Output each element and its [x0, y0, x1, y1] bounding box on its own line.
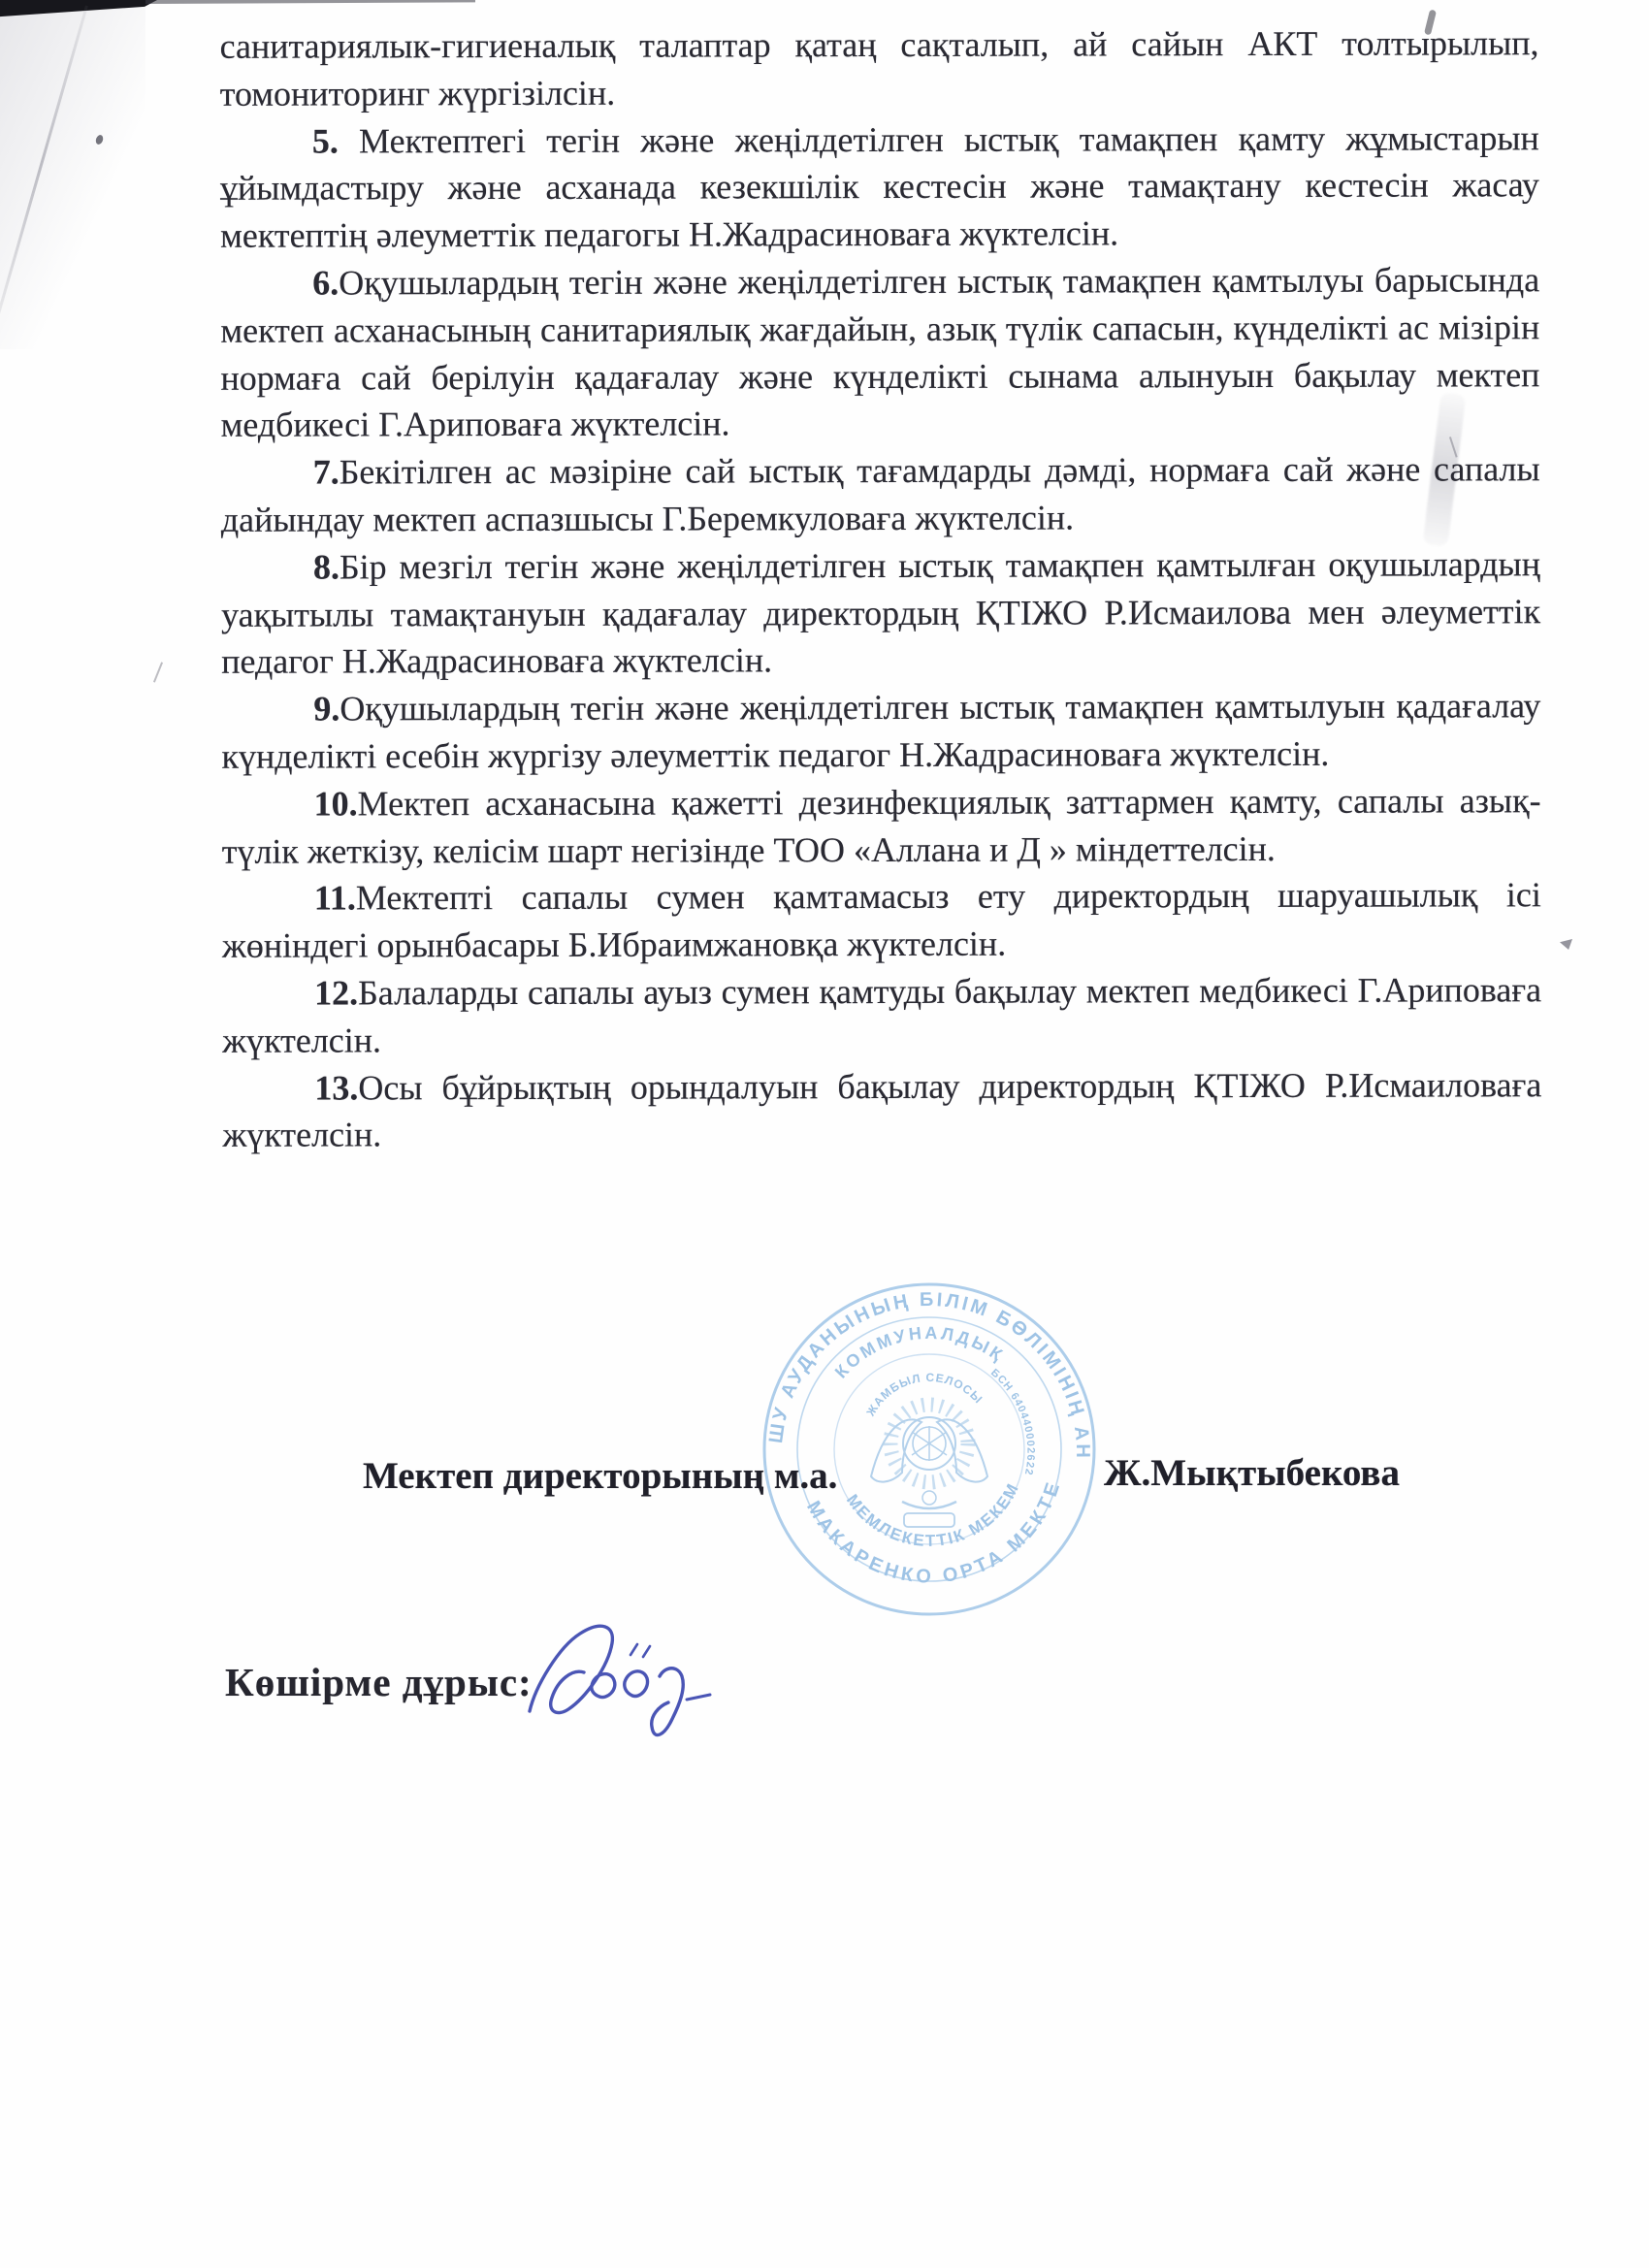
- pen-stroke: [530, 1626, 710, 1734]
- paragraph-text: Оқушылардың тегін және жеңілдетілген ыст…: [221, 686, 1540, 775]
- paragraph: 12.Балаларды сапалы ауыз сумен қамтуды б…: [222, 966, 1541, 1064]
- paragraph-number: 13.: [314, 1068, 358, 1107]
- kazakhstan-emblem: [871, 1405, 987, 1527]
- paragraph: 11.Мектепті сапалы сумен қамтамасыз ету …: [222, 872, 1541, 970]
- paragraph: 10.Мектеп асханасына қажетті дезинфекция…: [222, 777, 1541, 875]
- paragraph: 8.Бір мезгіл тегін және жеңілдетілген ыс…: [221, 540, 1540, 686]
- paragraph-text: Мектептегі тегін және жеңілдетілген ысты…: [220, 118, 1539, 255]
- paragraph: санитариялык-гигиеналық талаптар қатаң с…: [219, 19, 1538, 117]
- scan-speck: [1560, 939, 1572, 950]
- paragraph-text: санитариялык-гигиеналық талаптар қатаң с…: [219, 23, 1538, 113]
- paragraph-text: Мектеп асханасына қажетті дезинфекциялық…: [222, 781, 1541, 870]
- handwritten-signature: [514, 1593, 737, 1777]
- paragraph-number: 12.: [314, 973, 358, 1012]
- paragraph-number: 8.: [313, 547, 339, 586]
- director-name: Ж.Мықтыбекова: [1104, 1451, 1400, 1495]
- paragraph-number: 7.: [313, 453, 339, 492]
- paragraph: 9.Оқушылардың тегін және жеңілдетілген ы…: [221, 682, 1540, 780]
- official-stamp: ШУ АУДАНЫНЫҢ БІЛІМ БӨЛІМІНІҢ АНТОН СЕМЕН…: [757, 1277, 1102, 1622]
- stamp-text-bin-code: БСН 640440002622: [988, 1367, 1036, 1476]
- scan-speck: [153, 662, 163, 682]
- scan-edge-thin-line: [145, 0, 475, 4]
- scanned-document-page: санитариялык-гигиеналық талаптар қатаң с…: [0, 0, 1649, 2268]
- paragraph-text: Бекітілген ас мәзіріне сай ыстық тағамда…: [221, 449, 1540, 538]
- director-role-label: Мектеп директорының м.а.: [363, 1454, 837, 1498]
- paragraph-number: 9.: [313, 690, 339, 729]
- stamp-ring-text-outer-top: ШУ АУДАНЫНЫҢ БІЛІМ БӨЛІМІНІҢ АНТОН СЕМЕН…: [757, 1277, 1093, 1461]
- paragraph-number: 5.: [312, 121, 339, 160]
- paragraph-number: 10.: [314, 784, 358, 823]
- paragraph-text: Оқушылардың тегін және жеңілдетілген ыст…: [220, 260, 1539, 444]
- paragraph: 7.Бекітілген ас мәзіріне сай ыстық тағам…: [221, 445, 1540, 543]
- paragraph-text: Осы бұйрықтың орындалуын бақылау директо…: [222, 1065, 1541, 1154]
- paragraph-text: Мектепті сапалы сумен қамтамасыз ету дир…: [222, 876, 1541, 965]
- paragraph-number: 11.: [314, 879, 356, 918]
- paragraph-text: Балаларды сапалы ауыз сумен қамтуды бақы…: [222, 970, 1541, 1059]
- document-body: санитариялык-гигиеналық талаптар қатаң с…: [219, 19, 1541, 1159]
- paragraph-number: 6.: [312, 263, 339, 302]
- paragraph: 13.Осы бұйрықтың орындалуын бақылау дире…: [222, 1061, 1541, 1159]
- paragraph-text: Бір мезгіл тегін және жеңілдетілген ысты…: [221, 544, 1540, 681]
- copy-certification-label: Көшірме дұрыс:: [225, 1659, 533, 1705]
- paragraph: 5. Мектептегі тегін және жеңілдетілген ы…: [220, 114, 1539, 260]
- paragraph: 6.Оқушылардың тегін және жеңілдетілген ы…: [220, 256, 1540, 449]
